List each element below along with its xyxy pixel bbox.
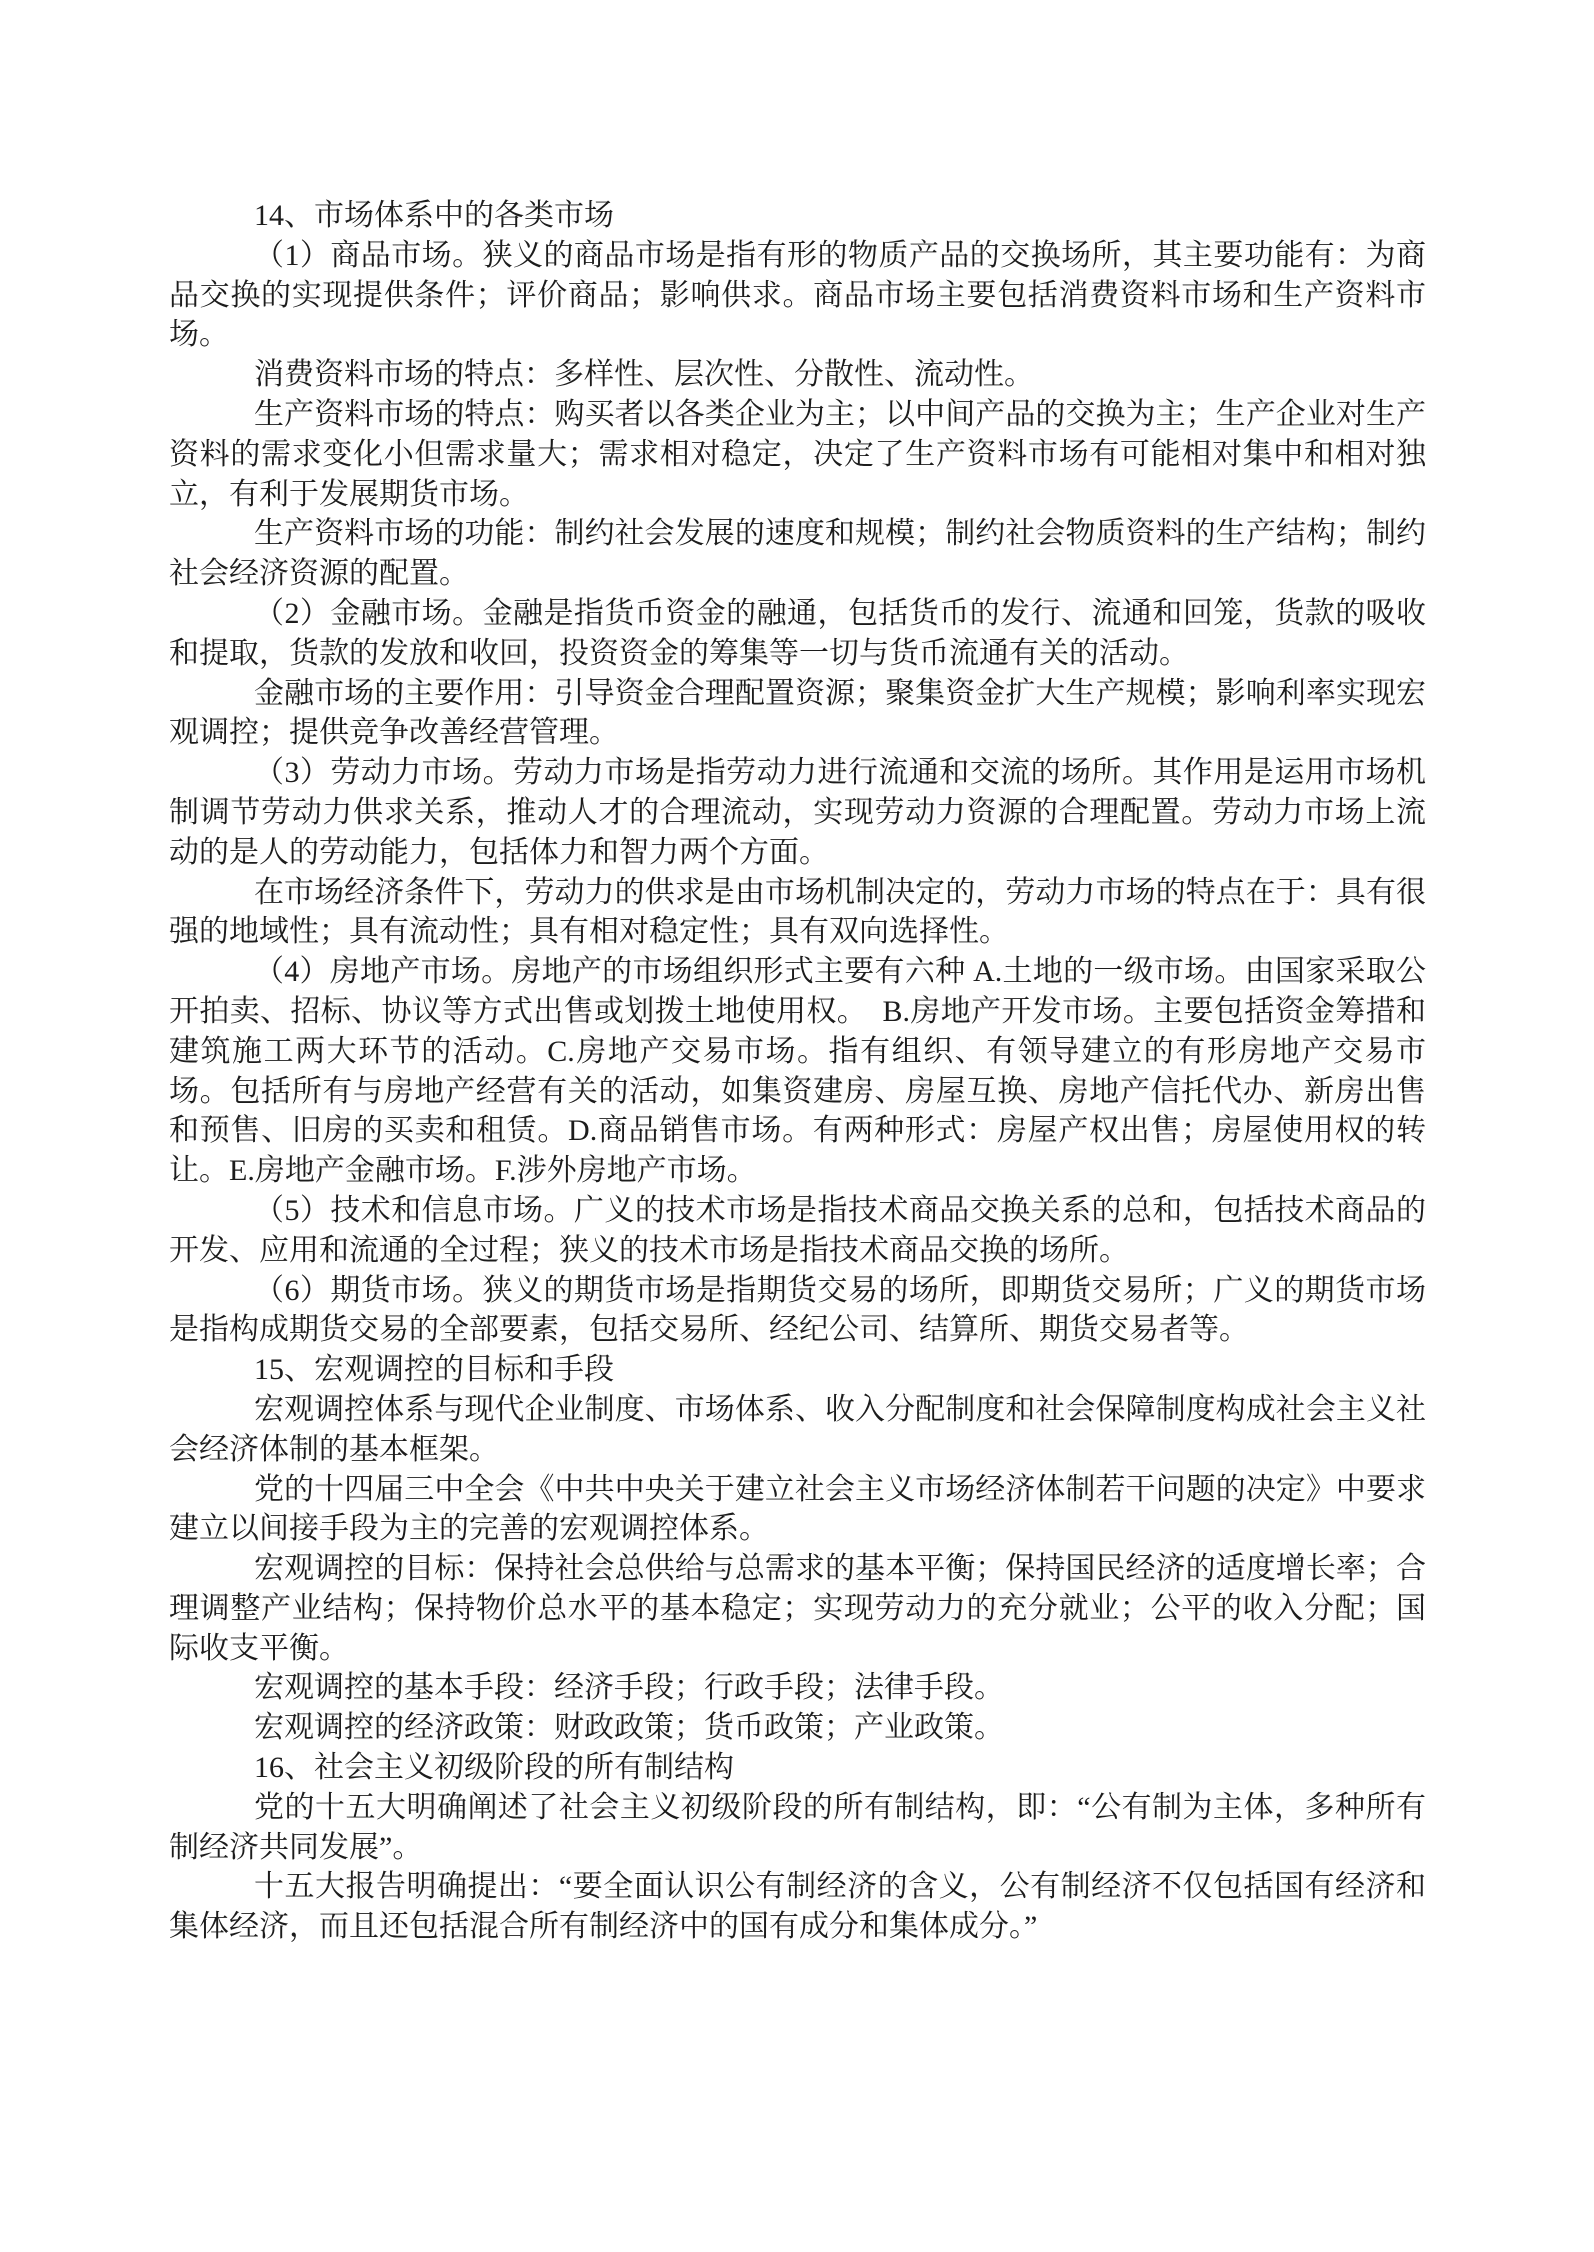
paragraph-financial-market: （2）金融市场。金融是指货币资金的融通，包括货币的发行、流通和回笼，货款的吸收和… <box>169 594 1426 674</box>
paragraph-producer-goods-functions: 生产资料市场的功能：制约社会发展的速度和规模；制约社会物质资料的生产结构；制约社… <box>169 514 1426 594</box>
section-heading-16: 16、社会主义初级阶段的所有制结构 <box>169 1748 1426 1788</box>
paragraph-real-estate-market: （4）房地产市场。房地产的市场组织形式主要有六种 A.土地的一级市场。由国家采取… <box>169 952 1426 1191</box>
paragraph-14th-congress-decision: 党的十四届三中全会《中共中央关于建立社会主义市场经济体制若干问题的决定》中要求建… <box>169 1470 1426 1550</box>
paragraph-labor-market-features: 在市场经济条件下，劳动力的供求是由市场机制决定的，劳动力市场的特点在于：具有很强… <box>169 873 1426 953</box>
paragraph-commodity-market: （1）商品市场。狭义的商品市场是指有形的物质产品的交换场所，其主要功能有：为商品… <box>169 236 1426 355</box>
section-heading-14: 14、市场体系中的各类市场 <box>169 196 1426 236</box>
paragraph-futures-market: （6）期货市场。狭义的期货市场是指期货交易的场所，即期货交易所；广义的期货市场是… <box>169 1271 1426 1351</box>
paragraph-producer-goods-features: 生产资料市场的特点：购买者以各类企业为主；以中间产品的交换为主；生产企业对生产资… <box>169 395 1426 514</box>
paragraph-macro-control-goals: 宏观调控的目标：保持社会总供给与总需求的基本平衡；保持国民经济的适度增长率；合理… <box>169 1549 1426 1668</box>
paragraph-macro-control-policies: 宏观调控的经济政策：财政政策；货币政策；产业政策。 <box>169 1708 1426 1748</box>
paragraph-labor-market: （3）劳动力市场。劳动力市场是指劳动力进行流通和交流的场所。其作用是运用市场机制… <box>169 753 1426 872</box>
paragraph-technology-info-market: （5）技术和信息市场。广义的技术市场是指技术商品交换关系的总和，包括技术商品的开… <box>169 1191 1426 1271</box>
paragraph-15th-congress-ownership: 党的十五大明确阐述了社会主义初级阶段的所有制结构，即：“公有制为主体，多种所有制… <box>169 1788 1426 1868</box>
text-block: 14、市场体系中的各类市场 （1）商品市场。狭义的商品市场是指有形的物质产品的交… <box>169 196 1426 1947</box>
paragraph-consumer-goods-features: 消费资料市场的特点：多样性、层次性、分散性、流动性。 <box>169 355 1426 395</box>
paragraph-macro-control-means: 宏观调控的基本手段：经济手段；行政手段；法律手段。 <box>169 1668 1426 1708</box>
paragraph-15th-congress-report: 十五大报告明确提出：“要全面认识公有制经济的含义，公有制经济不仅包括国有经济和集… <box>169 1867 1426 1947</box>
section-heading-15: 15、宏观调控的目标和手段 <box>169 1350 1426 1390</box>
paragraph-macro-control-system: 宏观调控体系与现代企业制度、市场体系、收入分配制度和社会保障制度构成社会主义社会… <box>169 1390 1426 1470</box>
document-page: 14、市场体系中的各类市场 （1）商品市场。狭义的商品市场是指有形的物质产品的交… <box>0 0 1594 2252</box>
paragraph-financial-market-roles: 金融市场的主要作用：引导资金合理配置资源；聚集资金扩大生产规模；影响利率实现宏观… <box>169 674 1426 754</box>
